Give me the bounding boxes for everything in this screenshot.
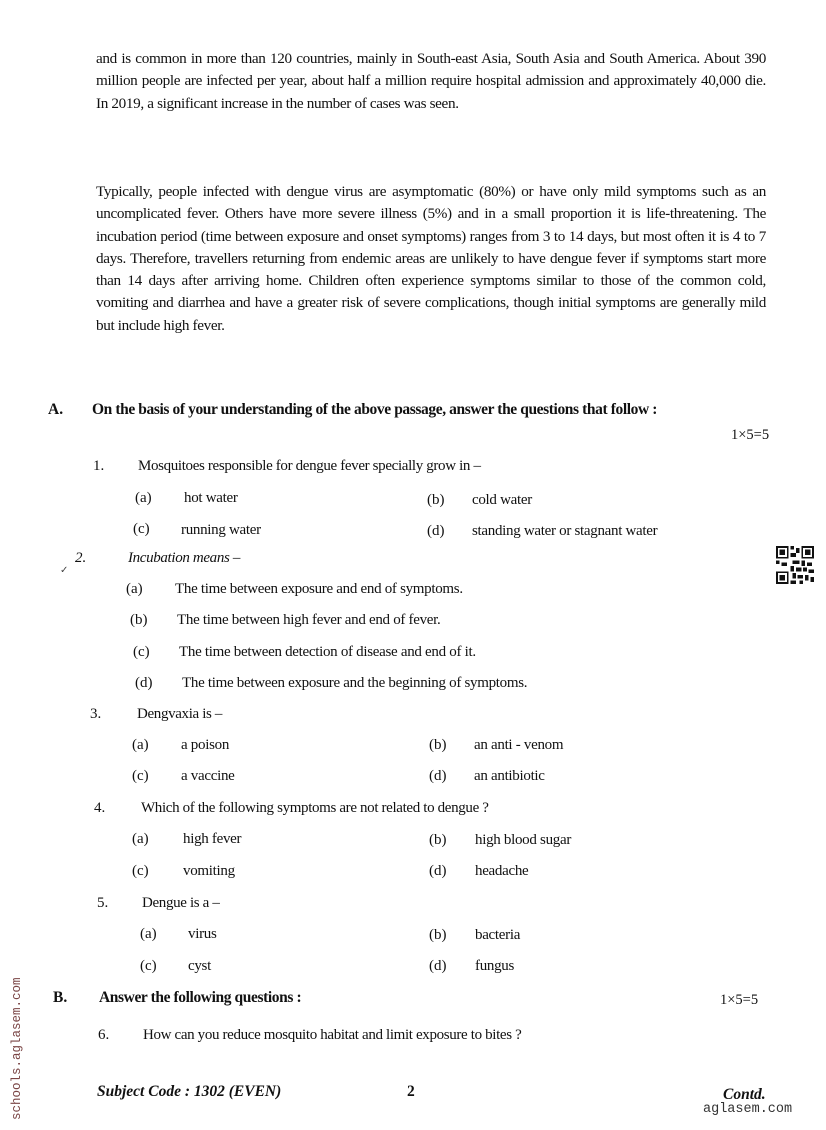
option-text: bacteria [475, 927, 520, 944]
question-text: Dengue is a – [142, 895, 220, 912]
option-text: high blood sugar [475, 832, 571, 849]
section-b-title: Answer the following questions : [99, 989, 301, 1007]
option-label: (d) [135, 675, 153, 692]
option-label: (b) [427, 492, 445, 509]
watermark-side: schools.aglasem.com [10, 977, 24, 1120]
section-b-marks: 1×5=5 [720, 992, 758, 1009]
question-number: 1. [93, 458, 104, 475]
passage-paragraph-2: Typically, people infected with dengue v… [96, 181, 766, 337]
question-text: Which of the following symptoms are not … [141, 800, 489, 817]
qr-code-icon [776, 546, 814, 584]
option-text: The time between exposure and end of sym… [175, 581, 463, 598]
option-label: (d) [429, 768, 447, 785]
option-label: (a) [132, 831, 149, 848]
option-text: headache [475, 863, 528, 880]
option-label: (b) [429, 927, 447, 944]
passage-paragraph-1: and is common in more than 120 countries… [96, 48, 766, 115]
option-text: fungus [475, 958, 514, 975]
option-label: (b) [429, 737, 447, 754]
question-number: 3. [90, 706, 101, 723]
option-text: a vaccine [181, 768, 235, 785]
option-text: standing water or stagnant water [472, 523, 657, 540]
option-label: (d) [429, 863, 447, 880]
question-number: 2. [75, 550, 86, 567]
option-text: cold water [472, 492, 532, 509]
exam-page: and is common in more than 120 countries… [0, 0, 826, 1130]
section-a-letter: A. [48, 401, 63, 419]
option-label: (c) [133, 644, 150, 661]
option-text: a poison [181, 737, 229, 754]
subject-code: Subject Code : 1302 (EVEN) [97, 1083, 281, 1101]
option-text: cyst [188, 958, 211, 975]
question-text: How can you reduce mosquito habitat and … [143, 1027, 521, 1044]
option-label: (a) [135, 490, 152, 507]
option-label: (c) [133, 521, 150, 538]
option-text: hot water [184, 490, 238, 507]
option-label: (c) [132, 863, 149, 880]
option-label: (d) [429, 958, 447, 975]
option-text: an anti - venom [474, 737, 563, 754]
option-text: vomiting [183, 863, 235, 880]
tick-mark-icon: ✓ [60, 565, 68, 576]
question-text: Dengvaxia is – [137, 706, 222, 723]
option-text: The time between high fever and end of f… [177, 612, 440, 629]
option-text: The time between exposure and the beginn… [182, 675, 527, 692]
section-a-marks: 1×5=5 [731, 427, 769, 444]
option-label: (b) [429, 832, 447, 849]
option-label: (a) [126, 581, 143, 598]
question-text: Mosquitoes responsible for dengue fever … [138, 458, 481, 475]
page-number: 2 [407, 1083, 415, 1101]
section-b-letter: B. [53, 989, 67, 1007]
watermark-bottom: aglasem.com [703, 1102, 792, 1117]
option-text: The time between detection of disease an… [179, 644, 476, 661]
option-label: (d) [427, 523, 445, 540]
question-number: 4. [94, 800, 105, 817]
option-label: (a) [140, 926, 157, 943]
option-label: (a) [132, 737, 149, 754]
option-text: virus [188, 926, 217, 943]
option-label: (b) [130, 612, 148, 629]
option-text: an antibiotic [474, 768, 545, 785]
option-label: (c) [140, 958, 157, 975]
option-label: (c) [132, 768, 149, 785]
question-number: 5. [97, 895, 108, 912]
question-number: 6. [98, 1027, 109, 1044]
option-text: running water [181, 522, 261, 539]
option-text: high fever [183, 831, 241, 848]
question-text: Incubation means – [128, 550, 240, 567]
section-a-title: On the basis of your understanding of th… [92, 401, 657, 419]
